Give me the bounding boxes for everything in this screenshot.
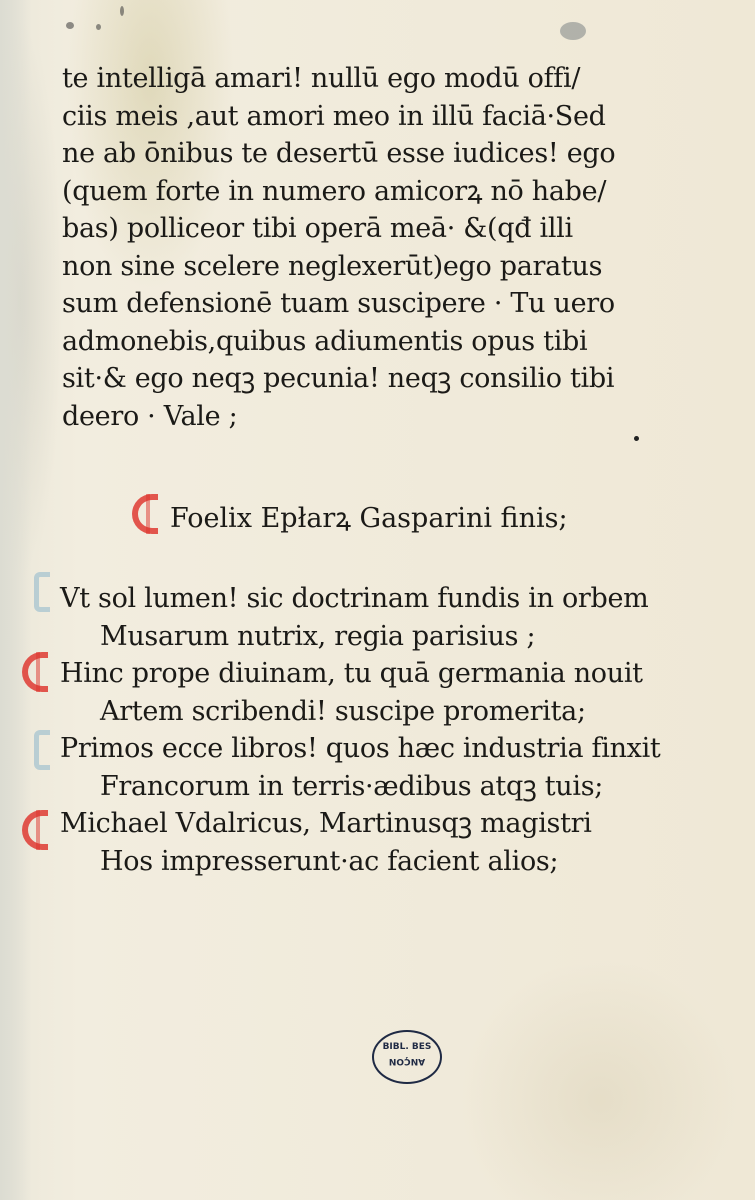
prose-line: te intelligā amari! nullū ego modū offi/ [62, 60, 622, 98]
red-pilcrow-icon [132, 494, 158, 534]
margin-dot [634, 436, 639, 441]
explicit-heading: Foelix Epłarꝝ Gasparini finis; [170, 498, 568, 535]
ink-blot [96, 24, 101, 30]
colophon-verse: Vt sol lumen! sic doctrinam fundis in or… [60, 580, 661, 880]
stamp-bottom-text: ANÇON [374, 1054, 440, 1067]
prose-line: ne ab ōnibus te desertū esse iudices! eg… [62, 135, 622, 173]
ink-blot [560, 22, 586, 40]
ink-blot [120, 6, 124, 16]
verse-line: Artem scribendi! suscipe promerita; [60, 693, 661, 731]
prose-line: deero · Vale ; [62, 398, 622, 436]
prose-line: ciis meis ,aut amori meo in illū faciā·S… [62, 98, 622, 136]
library-stamp: BIBL. BES ANÇON [372, 1030, 442, 1084]
letter-closing-text: te intelligā amari! nullū ego modū offi/… [62, 60, 622, 435]
verse-line: Michael Vdalricus, Martinusqꝫ magistri [60, 805, 661, 843]
verse-line: Primos ecce libros! quos hæc industria f… [60, 730, 661, 768]
prose-line: bas) polliceor tibi operā meā· &(qđ illi [62, 210, 622, 248]
page-gutter-shadow [0, 0, 32, 1200]
prose-line: admonebis,quibus adiumentis opus tibi [62, 323, 622, 361]
prose-line: (quem forte in numero amicorꝝ nō habe/ [62, 173, 622, 211]
ink-blot [66, 22, 74, 29]
stamp-top-text: BIBL. BES [374, 1041, 440, 1054]
prose-line: sum defensionē tuam suscipere · Tu uero [62, 285, 622, 323]
verse-line: Vt sol lumen! sic doctrinam fundis in or… [60, 580, 661, 618]
verse-line: Hinc prope diuinam, tu quā germania noui… [60, 655, 661, 693]
verse-line: Musarum nutrix, regia parisius ; [60, 618, 661, 656]
manuscript-page: te intelligā amari! nullū ego modū offi/… [0, 0, 755, 1200]
verse-line: Francorum in terris·ædibus atqꝫ tuis; [60, 768, 661, 806]
prose-line: sit·& ego neqꝫ pecunia! neqꝫ consilio ti… [62, 360, 622, 398]
verse-line: Hos impresserunt·ac facient alios; [60, 843, 661, 881]
blue-pilcrow-icon [34, 730, 50, 770]
prose-line: non sine scelere neglexerūt)ego paratus [62, 248, 622, 286]
blue-pilcrow-icon [34, 572, 50, 612]
